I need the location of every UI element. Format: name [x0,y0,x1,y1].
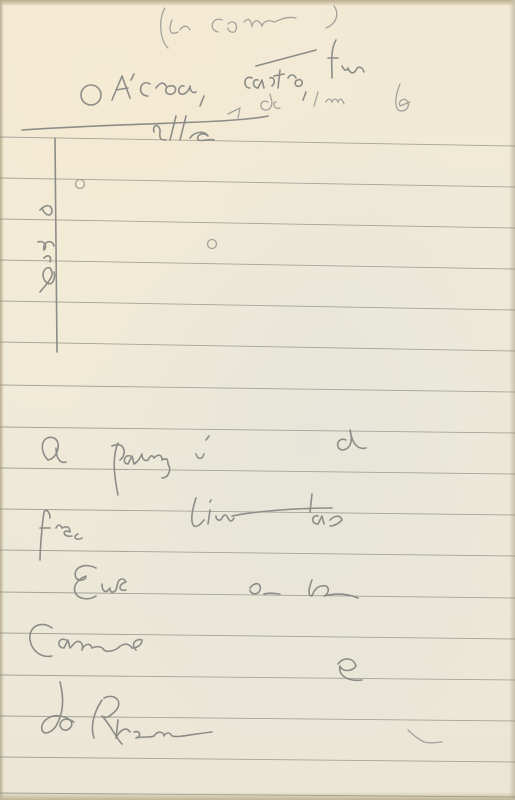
header-note-strokes [161,6,337,48]
line1-strokes [81,40,410,111]
handwriting-strokes [0,0,515,800]
body-strokes [30,430,442,744]
notebook-page: (la comm) A'croa, castra, fum de limito … [0,0,515,800]
diagram-strokes [22,108,268,352]
